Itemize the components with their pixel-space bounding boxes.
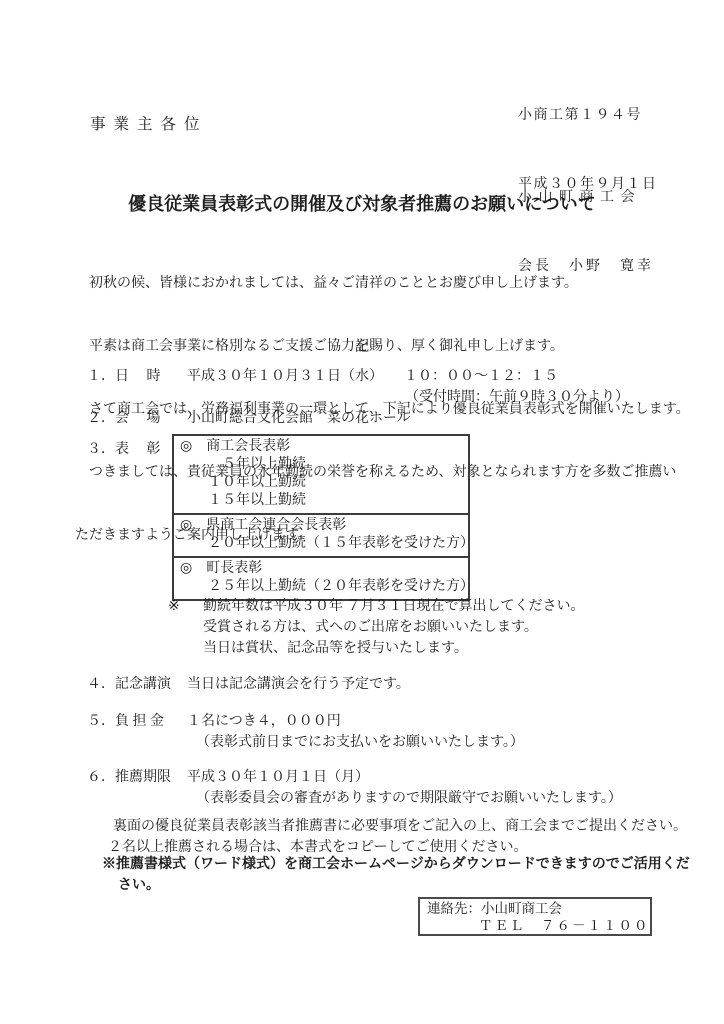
item-label-lecture: ４．記念講演 bbox=[87, 676, 171, 694]
fee-note: （表彰式前日までにお支払いをお願いいたします。） bbox=[196, 734, 524, 752]
reception-note: （受付時間：午前９時３０分より） bbox=[405, 389, 629, 407]
closing-line: ２名以上推薦される場合は、本書式をコピーしてご使用ください。 bbox=[108, 839, 527, 857]
item-label-fee: ５．負 担 金 bbox=[87, 713, 164, 731]
award-note: 受賞される方は、式へのご出席をお願いいたします。 bbox=[203, 619, 538, 637]
item-label-datetime: １．日 時 bbox=[87, 368, 161, 386]
item-value-venue: 小山町総合文化会館 菜の花ホール bbox=[187, 410, 411, 428]
award-row-mayor: ◎ 町長表彰 ２５年以上勤続（２０年表彰を受けた方） bbox=[174, 556, 468, 599]
item-value-fee: １名につき４，０００円 bbox=[187, 713, 341, 731]
contact-tel: ＴＥＬ ７６－１１００ bbox=[420, 918, 650, 935]
record-marker: 記 bbox=[0, 338, 724, 356]
closing-bold-line: さい。 bbox=[118, 877, 160, 895]
award-row-prefecture: ◎ 県商工会連合会長表彰 ２０年以上勤続（１５年表彰を受けた方） bbox=[174, 513, 468, 556]
item-value-datetime: 平成３０年１０月３１日（水） １０：００～１２：１５ bbox=[187, 368, 558, 386]
item-label-awards: ３．表 彰 bbox=[87, 441, 161, 459]
item-value-deadline: 平成３０年１０月１日（月） bbox=[187, 769, 369, 787]
award-note: 勤続年数は平成３０年 ７月３１日現在で算出してください。 bbox=[203, 598, 585, 616]
item-label-venue: ２．会 場 bbox=[87, 410, 161, 428]
award-heading: ◎ 県商工会連合会長表彰 bbox=[180, 517, 462, 535]
closing-bold-line: ※推薦書様式（ワード様式）を商工会ホームページからダウンロードできますのでご活用… bbox=[102, 856, 690, 874]
recipient: 事業主各位 bbox=[90, 115, 208, 134]
award-line: ５年以上勤続 bbox=[180, 456, 462, 474]
award-line: ２５年以上勤続（２０年表彰を受けた方） bbox=[180, 578, 462, 596]
closing-line: 裏面の優良従業員表彰該当者推薦書に必要事項をご記入の上、商工会までご提出ください… bbox=[113, 818, 687, 836]
award-heading: ◎ 町長表彰 bbox=[180, 560, 462, 578]
document-title: 優良従業員表彰式の開催及び対象者推薦のお願いについて bbox=[0, 193, 724, 216]
contact-name: 連絡先：小山町商工会 bbox=[420, 901, 650, 918]
award-note: 当日は賞状、記念品等を授与いたします。 bbox=[203, 640, 468, 658]
contact-box: 連絡先：小山町商工会 ＴＥＬ ７６－１１００ bbox=[418, 897, 652, 936]
award-line: ２０年以上勤続（１５年表彰を受けた方） bbox=[180, 535, 462, 553]
greeting-line: 初秋の候、皆様におかれましては、益々ご清祥のこととお慶び申し上げます。 bbox=[75, 273, 690, 294]
award-line: １５年以上勤続 bbox=[180, 492, 462, 510]
award-table: ◎ 商工会長表彰 ５年以上勤続 １０年以上勤続 １５年以上勤続 ◎ 県商工会連合… bbox=[172, 434, 470, 601]
item-label-deadline: ６．推薦期限 bbox=[87, 769, 171, 787]
document-page: 小商工第１９４号 平成３０年９月１日 事業主各位 小山町商工会 会長 小野 寛幸… bbox=[0, 0, 724, 1024]
item-value-lecture: 当日は記念講演会を行う予定です。 bbox=[187, 676, 410, 694]
award-line: １０年以上勤続 bbox=[180, 474, 462, 492]
award-heading: ◎ 商工会長表彰 bbox=[180, 438, 462, 456]
deadline-note: （表彰委員会の審査がありますので期限厳守でお願いいたします。） bbox=[196, 790, 622, 808]
asterisk-mark: ※ bbox=[168, 598, 180, 616]
doc-number: 小商工第１９４号 bbox=[518, 104, 658, 127]
award-row-chairman: ◎ 商工会長表彰 ５年以上勤続 １０年以上勤続 １５年以上勤続 bbox=[174, 436, 468, 513]
